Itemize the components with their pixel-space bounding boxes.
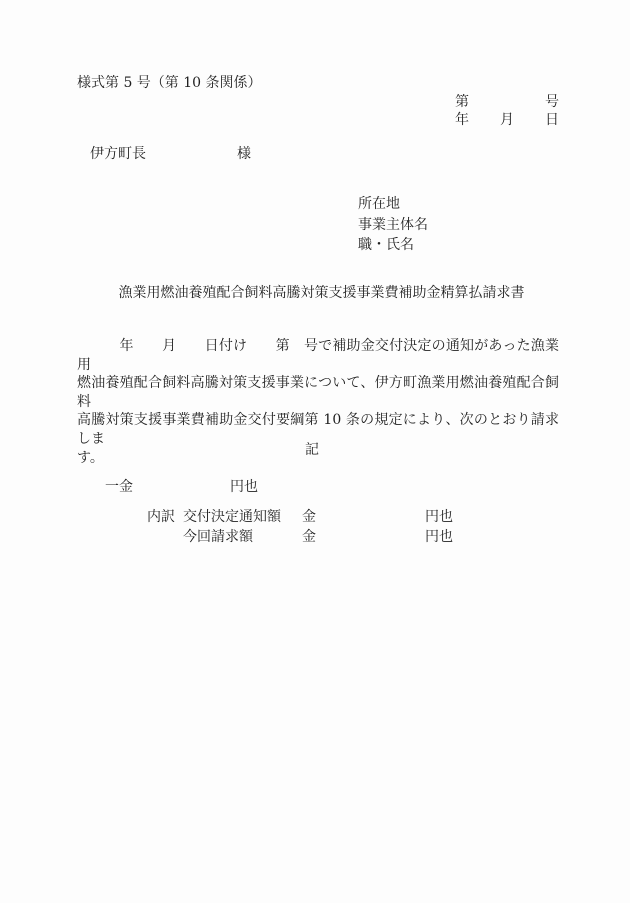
doc-number-prefix: 第	[455, 95, 469, 110]
sender-address-label: 所在地	[358, 194, 428, 215]
breakdown-currency-unit: 円也	[425, 510, 453, 525]
date-line: 年 月 日	[455, 113, 559, 128]
total-amount-unit: 円也	[230, 480, 258, 495]
breakdown-label: 内訳	[147, 510, 175, 525]
doc-number-suffix: 号	[545, 95, 559, 110]
document-page: 様式第 5 号（第 10 条関係） 第 号 年 月 日 伊方町長 様 所在地 事…	[0, 0, 630, 903]
breakdown-currency-prefix: 金	[302, 530, 316, 545]
sender-block: 所在地 事業主体名 職・氏名	[358, 194, 428, 256]
breakdown-item-current-request-amount: 今回請求額	[183, 530, 253, 545]
date-year-label: 年	[455, 113, 469, 128]
date-day-label: 日	[545, 113, 559, 128]
document-title: 漁業用燃油養殖配合飼料高騰対策支援事業費補助金精算払請求書	[0, 286, 630, 301]
sender-title-name-label: 職・氏名	[358, 235, 428, 256]
sender-entity-label: 事業主体名	[358, 215, 428, 236]
record-heading: 記	[0, 443, 627, 458]
form-number-label: 様式第 5 号（第 10 条関係）	[77, 76, 262, 91]
total-amount-label: 一金	[105, 480, 133, 495]
addressee-name: 伊方町長	[90, 147, 146, 162]
document-number-line: 第 号	[455, 95, 559, 110]
date-month-label: 月	[500, 113, 514, 128]
addressee-honorific: 様	[237, 147, 251, 162]
breakdown-currency-prefix: 金	[302, 510, 316, 525]
breakdown-currency-unit: 円也	[425, 530, 453, 545]
breakdown-item-decision-notice-amount: 交付決定通知額	[183, 510, 281, 525]
